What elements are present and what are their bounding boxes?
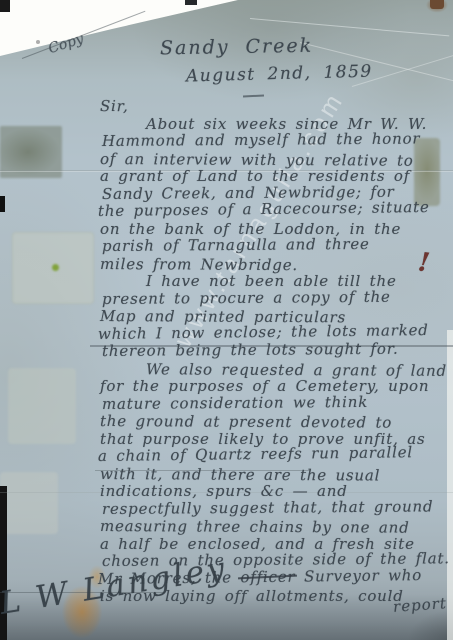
handwriting-line: of an interview with you relative to [100, 151, 450, 170]
scanned-letter: www.tarnagulla.com Copy Sandy Creek Augu… [0, 0, 453, 640]
handwriting-line: present to procure a copy of the [102, 288, 452, 308]
letter-body: Sir,About six weeks since Mr W. W.Hammon… [100, 98, 450, 606]
handwriting-line: miles from Newbridge. [100, 256, 450, 275]
tape-residue-left-2 [8, 368, 76, 444]
handwriting-line: with it, and there are the usual [100, 466, 450, 485]
handwriting-line: parish of Tarnagulla and three [102, 235, 452, 255]
closing-word: report [393, 594, 448, 616]
handwriting-line: We also requested a grant of land [100, 361, 450, 380]
handwriting-line: mature consideration we think [102, 393, 452, 413]
struck-word: officer [240, 567, 295, 586]
tape-residue-left-3 [0, 472, 58, 534]
handwriting-line: the purposes of a Racecourse; situate [98, 199, 448, 221]
handwriting-line: a chain of Quartz reefs run parallel [98, 444, 448, 466]
edge-mark-top-left [0, 0, 10, 12]
handwriting-line: the ground at present devoted to [100, 413, 450, 432]
handwriting-line: thereon being the lots sought for. [102, 340, 452, 360]
handwriting-line: Hammond and myself had the honor [102, 130, 452, 150]
edge-notch-left [0, 196, 5, 212]
pencil-dot [36, 40, 40, 44]
stain-brown-top-right [430, 0, 444, 9]
handwriting-line: respectfully suggest that, that ground [102, 498, 452, 518]
handwriting-line: measuring three chains by one and [100, 518, 450, 537]
handwriting-line: Sir, [100, 98, 450, 117]
tape-residue-left-1 [12, 232, 94, 304]
place-heading: Sandy Creek [160, 35, 314, 60]
edge-mark-top-center [185, 0, 197, 5]
green-spot [52, 264, 59, 271]
